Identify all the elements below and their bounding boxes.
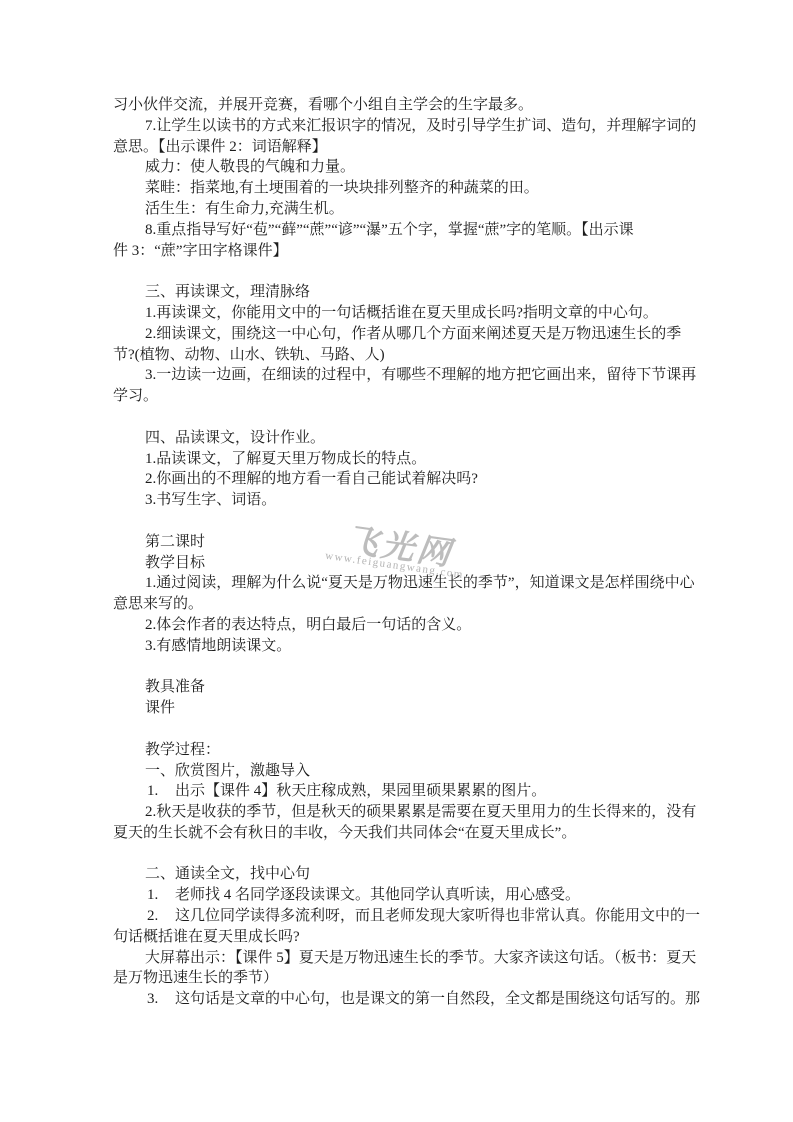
- line-text: 是万物迅速生长的季节）: [113, 970, 278, 986]
- text-line: 2.秋天是收获的季节，但是秋天的硕果累累是需要在夏天里用力的生长得来的，没有: [113, 802, 681, 823]
- line-text: 菜畦：指菜地,有土埂围着的一块块排列整齐的种蔬菜的田。: [145, 180, 539, 196]
- text-line: 是万物迅速生长的季节）: [113, 968, 681, 989]
- list-number: 1.: [147, 885, 175, 906]
- text-line: 夏天的生长就不会有秋日的丰收，今天我们共同体会“在夏天里成长”。: [113, 823, 681, 844]
- line-text: 3.有感情地朗读课文。: [145, 638, 291, 654]
- text-line: 二、通读全文，找中心句: [113, 864, 681, 885]
- text-line: 大屏幕出示：【课件 5】夏天是万物迅速生长的季节。大家齐读这句话。（板书：夏天: [113, 948, 681, 969]
- line-text: 1.通过阅读，理解为什么说“夏天是万物迅速生长的季节”，知道课文是怎样围绕中心: [145, 575, 695, 591]
- line-text: 学习。: [113, 388, 158, 404]
- line-text: 件 3：“蔗”字田字格课件】: [113, 243, 288, 259]
- text-line: 威力：使人敬畏的气魄和力量。: [113, 157, 681, 178]
- text-line: 四、品读课文，设计作业。: [113, 428, 681, 449]
- line-text: 课件: [145, 700, 175, 716]
- blank-line: [113, 261, 681, 282]
- line-text: 出示【课件 4】秋天庄稼成熟，果园里硕果累累的图片。: [175, 783, 546, 799]
- text-line: 8.重点指导写好“苞”“藓”“蔗”“谚”“瀑”五个字，掌握“蔗”字的笔顺。【出示…: [113, 220, 681, 241]
- text-line: 1.通过阅读，理解为什么说“夏天是万物迅速生长的季节”，知道课文是怎样围绕中心: [113, 573, 681, 594]
- list-number: 2.: [147, 906, 175, 927]
- text-line: 3.书写生字、词语。: [113, 490, 681, 511]
- line-text: 第二课时: [145, 534, 205, 550]
- text-line: 句话概括谁在夏天里成长吗?: [113, 927, 681, 948]
- line-text: 威力：使人敬畏的气魄和力量。: [145, 159, 355, 175]
- line-text: 2.你画出的不理解的地方看一看自己能试着解决吗?: [145, 471, 478, 487]
- text-line: 3.一边读一边画，在细读的过程中，有哪些不理解的地方把它画出来，留待下节课再: [113, 365, 681, 386]
- text-line: 菜畦：指菜地,有土埂围着的一块块排列整齐的种蔬菜的田。: [113, 178, 681, 199]
- line-text: 这几位同学读得多流利呀，而且老师发现大家听得也非常认真。你能用文中的一: [175, 908, 700, 924]
- line-text: 老师找 4 名同学逐段读课文。其他同学认真听读，用心感受。: [175, 887, 580, 903]
- line-text: 教学目标: [145, 555, 205, 571]
- text-line: 三、再读课文，理清脉络: [113, 282, 681, 303]
- line-text: 意思来写的。: [113, 596, 203, 612]
- line-text: 活生生：有生命力,充满生机。: [145, 201, 344, 217]
- text-line: 1.老师找 4 名同学逐段读课文。其他同学认真听读，用心感受。: [113, 885, 681, 906]
- line-text: 1.品读课文，了解夏天里万物成长的特点。: [145, 451, 426, 467]
- text-line: 1.再读课文，你能用文中的一句话概括谁在夏天里成长吗?指明文章的中心句。: [113, 303, 681, 324]
- text-line: 件 3：“蔗”字田字格课件】: [113, 241, 681, 262]
- line-text: 一、欣赏图片，激趣导入: [145, 763, 310, 779]
- blank-line: [113, 844, 681, 865]
- text-line: 习小伙伴交流，并展开竞赛，看哪个小组自主学会的生字最多。: [113, 95, 681, 116]
- blank-line: [113, 657, 681, 678]
- text-line: 2.你画出的不理解的地方看一看自己能试着解决吗?: [113, 469, 681, 490]
- text-line: 教学目标: [113, 553, 681, 574]
- list-number: 3.: [147, 989, 175, 1010]
- text-line: 2.体会作者的表达特点，明白最后一句话的含义。: [113, 615, 681, 636]
- line-text: 教学过程：: [145, 742, 220, 758]
- line-text: 意思。【出示课件 2：词语解释】: [113, 139, 327, 155]
- text-line: 活生生：有生命力,充满生机。: [113, 199, 681, 220]
- text-line: 一、欣赏图片，激趣导入: [113, 761, 681, 782]
- text-line: 3.有感情地朗读课文。: [113, 636, 681, 657]
- text-line: 教具准备: [113, 677, 681, 698]
- list-number: 1.: [147, 781, 175, 802]
- line-text: 2.秋天是收获的季节，但是秋天的硕果累累是需要在夏天里用力的生长得来的，没有: [145, 804, 696, 820]
- text-line: 教学过程：: [113, 740, 681, 761]
- text-line: 1.品读课文，了解夏天里万物成长的特点。: [113, 449, 681, 470]
- text-line: 7.让学生以读书的方式来汇报识字的情况，及时引导学生扩词、造句，并理解字词的: [113, 116, 681, 137]
- line-text: 7.让学生以读书的方式来汇报识字的情况，及时引导学生扩词、造句，并理解字词的: [145, 118, 696, 134]
- text-line: 第二课时: [113, 532, 681, 553]
- line-text: 3.书写生字、词语。: [145, 492, 276, 508]
- blank-line: [113, 719, 681, 740]
- line-text: 2.体会作者的表达特点，明白最后一句话的含义。: [145, 617, 471, 633]
- line-text: 节?(植物、动物、山水、铁轨、马路、人): [113, 347, 385, 363]
- line-text: 2.细读课文，围绕这一中心句，作者从哪几个方面来阐述夏天是万物迅速生长的季: [145, 326, 681, 342]
- text-line: 3.这句话是文章的中心句，也是课文的第一自然段，全文都是围绕这句话写的。那: [113, 989, 681, 1010]
- line-text: 1.再读课文，你能用文中的一句话概括谁在夏天里成长吗?指明文章的中心句。: [145, 305, 658, 321]
- line-text: 习小伙伴交流，并展开竞赛，看哪个小组自主学会的生字最多。: [113, 97, 533, 113]
- text-line: 课件: [113, 698, 681, 719]
- text-line: 2.这几位同学读得多流利呀，而且老师发现大家听得也非常认真。你能用文中的一: [113, 906, 681, 927]
- line-text: 教具准备: [145, 679, 205, 695]
- line-text: 四、品读课文，设计作业。: [145, 430, 325, 446]
- line-text: 三、再读课文，理清脉络: [145, 284, 310, 300]
- text-line: 1.出示【课件 4】秋天庄稼成熟，果园里硕果累累的图片。: [113, 781, 681, 802]
- line-text: 大屏幕出示：【课件 5】夏天是万物迅速生长的季节。大家齐读这句话。（板书：夏天: [145, 950, 696, 966]
- line-text: 二、通读全文，找中心句: [145, 866, 310, 882]
- blank-line: [113, 511, 681, 532]
- text-line: 2.细读课文，围绕这一中心句，作者从哪几个方面来阐述夏天是万物迅速生长的季: [113, 324, 681, 345]
- document-text: 习小伙伴交流，并展开竞赛，看哪个小组自主学会的生字最多。7.让学生以读书的方式来…: [113, 95, 681, 1010]
- text-line: 意思来写的。: [113, 594, 681, 615]
- line-text: 夏天的生长就不会有秋日的丰收，今天我们共同体会“在夏天里成长”。: [113, 825, 576, 841]
- line-text: 8.重点指导写好“苞”“藓”“蔗”“谚”“瀑”五个字，掌握“蔗”字的笔顺。【出示…: [145, 222, 634, 238]
- text-line: 意思。【出示课件 2：词语解释】: [113, 137, 681, 158]
- text-line: 学习。: [113, 386, 681, 407]
- text-line: 节?(植物、动物、山水、铁轨、马路、人): [113, 345, 681, 366]
- line-text: 这句话是文章的中心句，也是课文的第一自然段，全文都是围绕这句话写的。那: [175, 991, 700, 1007]
- line-text: 3.一边读一边画，在细读的过程中，有哪些不理解的地方把它画出来，留待下节课再: [145, 367, 696, 383]
- blank-line: [113, 407, 681, 428]
- line-text: 句话概括谁在夏天里成长吗?: [113, 929, 300, 945]
